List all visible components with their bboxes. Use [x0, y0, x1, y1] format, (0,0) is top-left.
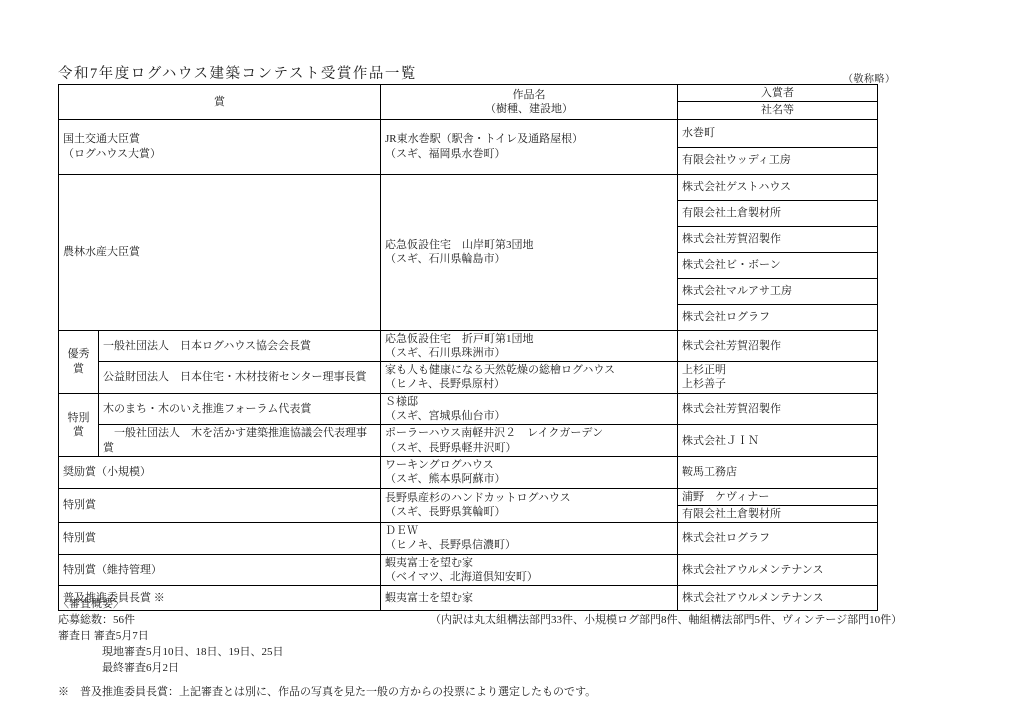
work-cell: 応急仮設住宅 折戸町第1団地（スギ、石川県珠洲市）: [381, 331, 678, 363]
award-cell: 木のまち・木のいえ推進フォーラム代表賞: [99, 394, 381, 426]
awards-table: 賞 作品名 （樹種、建設地） 入賞者 社名等 国土交通大臣賞（ログハウス大賞）J…: [58, 84, 878, 611]
header-work: 作品名 （樹種、建設地）: [381, 85, 678, 120]
table-row: 特別賞木のまち・木のいえ推進フォーラム代表賞Ｓ様邸（スギ、宮城県仙台市）株式会社…: [59, 394, 878, 426]
work-cell: 応急仮設住宅 山岸町第3団地（スギ、石川県輪島市）: [381, 175, 678, 331]
section-label-cell: 特別賞: [59, 394, 99, 457]
review-date-line3: 最終審査6月2日: [58, 661, 978, 677]
award-cell: 公益財団法人 日本住宅・木材技術センター理事長賞: [99, 362, 381, 394]
table-row: 奨励賞（小規模）ワーキングログハウス（スギ、熊本県阿蘇市）鞍馬工務店: [59, 457, 878, 489]
work-cell: 長野県産杉のハンドカットログハウス（スギ、長野県箕輪町）: [381, 489, 678, 524]
table-row: 特別賞（維持管理）蝦夷富士を望む家（ベイマツ、北海道倶知安町）株式会社アウルメン…: [59, 555, 878, 587]
award-cell: 特別賞: [59, 489, 381, 524]
winner-cell: 株式会社ログラフ: [678, 305, 878, 331]
work-cell: 家も人も健康になる天然乾燥の総檜ログハウス（ヒノキ、長野県原村）: [381, 362, 678, 394]
work-cell: ワーキングログハウス（スギ、熊本県阿蘇市）: [381, 457, 678, 489]
page-title: 令和7年度ログハウス建築コンテスト受賞作品一覧: [58, 62, 417, 83]
review-summary: 〈審査概要〉 応募総数：56件 （内訳は丸太組構法部門33件、小規模ログ部門8件…: [58, 597, 978, 701]
award-cell: 一般社団法人 日本ログハウス協会会長賞: [99, 331, 381, 363]
review-date-line2: 現地審査5月10日、18日、19日、25日: [58, 645, 978, 661]
table-row: 特別賞長野県産杉のハンドカットログハウス（スギ、長野県箕輪町）浦野 ケヴィナー: [59, 489, 878, 506]
winner-cell: 有限会社ウッディ工房: [678, 148, 878, 175]
table-row: 一般社団法人 木を活かす建築推進協議会代表理事賞ポーラーハウス南軽井沢２ レイク…: [59, 425, 878, 457]
summary-heading: 〈審査概要〉: [58, 597, 978, 613]
table-row: 特別賞ＤＥＷ（ヒノキ、長野県信濃町）株式会社ログラフ: [59, 523, 878, 555]
awards-table-body: 国土交通大臣賞（ログハウス大賞）JR東水巻駅（駅舎・トイレ及通路屋根）（スギ、福…: [59, 120, 878, 612]
header-winner-company: 社名等: [678, 102, 878, 119]
total-entries: 応募総数：56件: [58, 613, 430, 629]
winner-cell: 水巻町: [678, 120, 878, 148]
winner-cell: 有限会社土倉製材所: [678, 201, 878, 227]
award-cell: 国土交通大臣賞（ログハウス大賞）: [59, 120, 381, 175]
winner-cell: 鞍馬工務店: [678, 457, 878, 489]
work-cell: JR東水巻駅（駅舎・トイレ及通路屋根）（スギ、福岡県水巻町）: [381, 120, 678, 175]
winner-cell: 株式会社ＪＩＮ: [678, 425, 878, 457]
work-cell: Ｓ様邸（スギ、宮城県仙台市）: [381, 394, 678, 426]
winner-cell: 上杉正明上杉善子: [678, 362, 878, 394]
winner-cell: 有限会社土倉製材所: [678, 506, 878, 523]
award-cell: 特別賞: [59, 523, 381, 555]
winner-cell: 浦野 ケヴィナー: [678, 489, 878, 506]
work-cell: 蝦夷富士を望む家（ベイマツ、北海道倶知安町）: [381, 555, 678, 587]
winner-cell: 株式会社芳賀沼製作: [678, 394, 878, 426]
table-row: 国土交通大臣賞（ログハウス大賞）JR東水巻駅（駅舎・トイレ及通路屋根）（スギ、福…: [59, 120, 878, 148]
winner-cell: 株式会社ビ・ボーン: [678, 253, 878, 279]
section-label-cell: 優秀賞: [59, 331, 99, 394]
table-row: 公益財団法人 日本住宅・木材技術センター理事長賞家も人も健康になる天然乾燥の総檜…: [59, 362, 878, 394]
table-row: 農林水産大臣賞応急仮設住宅 山岸町第3団地（スギ、石川県輪島市）株式会社ゲストハ…: [59, 175, 878, 201]
document-page: 令和7年度ログハウス建築コンテスト受賞作品一覧 （敬称略） 賞 作品名 （樹種、…: [0, 0, 1024, 724]
winner-cell: 株式会社ゲストハウス: [678, 175, 878, 201]
header-work-title: 作品名: [385, 88, 673, 102]
award-cell: 農林水産大臣賞: [59, 175, 381, 331]
asterisk-note: ※ 普及推進委員長賞：上記審査とは別に、作品の写真を見た一般の方からの投票により…: [58, 685, 978, 701]
award-cell: 特別賞（維持管理）: [59, 555, 381, 587]
winner-cell: 株式会社芳賀沼製作: [678, 227, 878, 253]
winner-cell: 株式会社マルアサ工房: [678, 279, 878, 305]
winner-cell: 株式会社ログラフ: [678, 523, 878, 555]
honorific-note: （敬称略）: [843, 70, 896, 85]
winner-cell: 株式会社芳賀沼製作: [678, 331, 878, 363]
summary-totals-line: 応募総数：56件 （内訳は丸太組構法部門33件、小規模ログ部門8件、軸組構法部門…: [58, 613, 978, 629]
winner-cell: 株式会社アウルメンテナンス: [678, 555, 878, 587]
work-cell: ＤＥＷ（ヒノキ、長野県信濃町）: [381, 523, 678, 555]
header-winner: 入賞者: [678, 85, 878, 102]
review-date-line1: 審査日 審査5月7日: [58, 629, 978, 645]
table-row: 優秀賞一般社団法人 日本ログハウス協会会長賞応急仮設住宅 折戸町第1団地（スギ、…: [59, 331, 878, 363]
award-cell: 一般社団法人 木を活かす建築推進協議会代表理事賞: [99, 425, 381, 457]
work-cell: ポーラーハウス南軽井沢２ レイクガーデン（スギ、長野県軽井沢町）: [381, 425, 678, 457]
award-cell: 奨励賞（小規模）: [59, 457, 381, 489]
header-work-subtitle: （樹種、建設地）: [385, 102, 673, 116]
header-award: 賞: [59, 85, 381, 120]
entries-breakdown: （内訳は丸太組構法部門33件、小規模ログ部門8件、軸組構法部門5件、ヴィンテージ…: [430, 613, 902, 629]
